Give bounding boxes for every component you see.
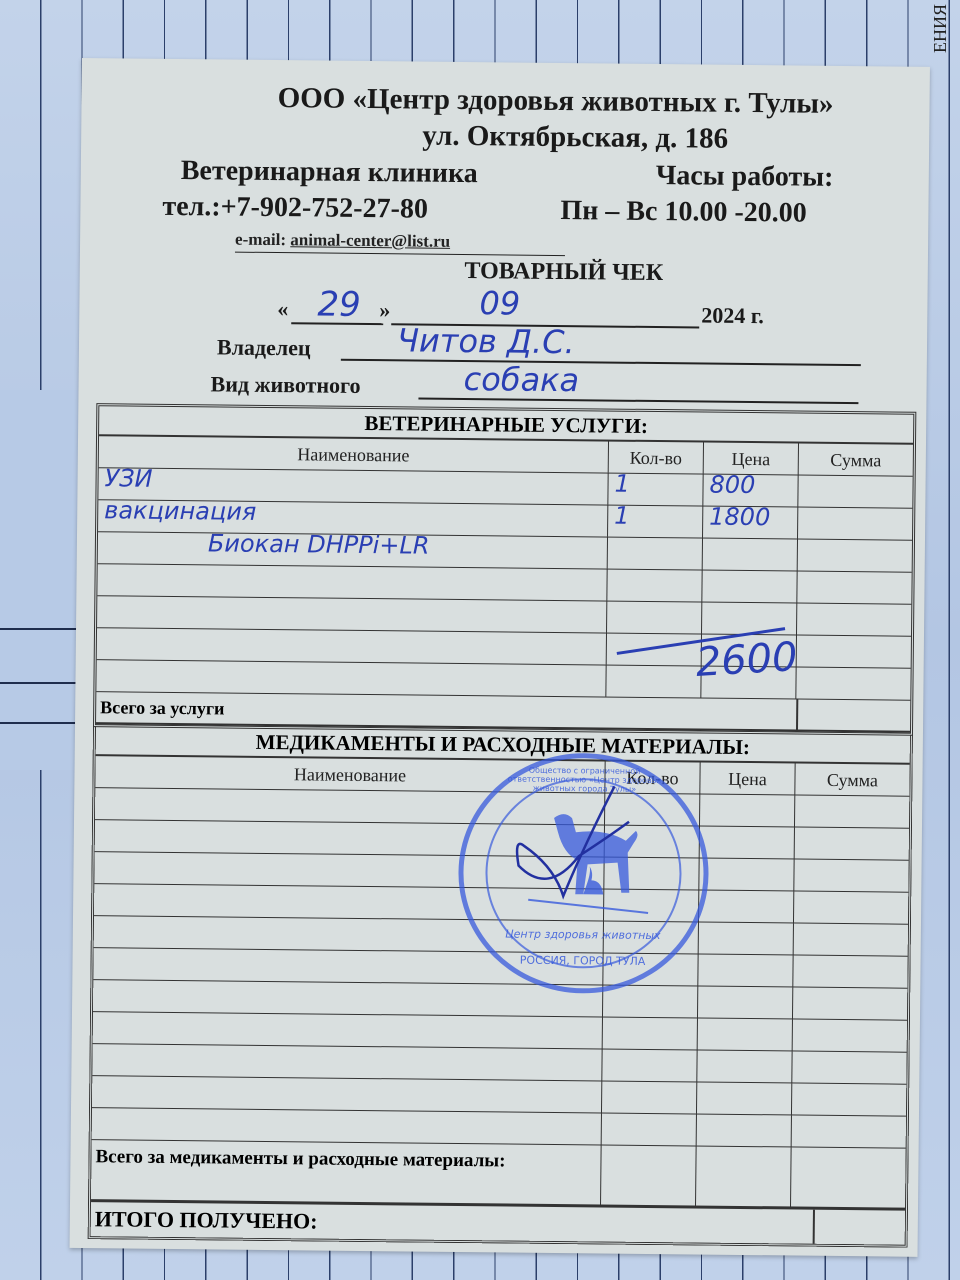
services-cell-price xyxy=(703,539,798,571)
animal-value: собака xyxy=(463,360,579,399)
services-cell-price xyxy=(702,571,797,603)
handwritten-qty: 1 xyxy=(614,502,630,530)
services-total-label: Всего за услуги xyxy=(96,692,798,729)
handwritten-name: Биокан DHPPi+LR xyxy=(208,529,430,559)
grand-total-value xyxy=(815,1210,905,1245)
services-cell-sum xyxy=(796,668,910,700)
medications-cell xyxy=(792,1115,906,1147)
medications-cell xyxy=(699,923,794,955)
services-cell-name xyxy=(97,628,607,664)
medications-cell xyxy=(698,1019,793,1051)
animal-line xyxy=(418,398,858,404)
medications-cell xyxy=(92,1076,602,1112)
quote-open: « xyxy=(277,296,288,322)
animal-label: Вид животного xyxy=(210,371,360,399)
medications-total-row: Всего за медикаменты и расходные материа… xyxy=(91,1140,906,1211)
email-link[interactable]: animal-center@list.ru xyxy=(290,230,450,251)
medications-cell xyxy=(699,891,794,923)
hours-label: Часы работы: xyxy=(656,160,960,201)
clinic-stamp: Общество с ограниченной ответственностью… xyxy=(457,752,709,995)
date-day: 29 xyxy=(317,284,361,324)
medications-cell xyxy=(700,795,795,827)
medications-total-qty xyxy=(601,1146,697,1206)
services-cell-name: Биокан DHPPi+LR xyxy=(98,532,608,568)
stamp-bottom-text: РОССИЯ, ГОРОД ТУЛА xyxy=(463,953,703,969)
medications-cell xyxy=(602,1114,697,1146)
background-side-text: ЕНИЯ xyxy=(930,4,951,53)
medications-cell xyxy=(700,827,795,859)
handwritten-qty: 1 xyxy=(614,470,630,498)
col-price-header: Цена xyxy=(700,763,795,795)
services-cell-qty xyxy=(607,570,702,602)
handwritten-name: вакцинация xyxy=(104,496,256,526)
services-cell-qty xyxy=(608,538,703,570)
date-month: 09 xyxy=(479,284,520,322)
receipt-paper: ООО «Центр здоровья животных г. Тулы» ул… xyxy=(70,58,930,1257)
services-cell-sum xyxy=(797,604,911,636)
medications-cell xyxy=(793,956,907,988)
medications-cell xyxy=(93,980,603,1016)
medications-total-value xyxy=(791,1147,906,1207)
medications-cell xyxy=(792,1083,906,1115)
medications-cell xyxy=(603,986,698,1018)
medications-cell xyxy=(93,1012,603,1048)
medications-cell xyxy=(699,859,794,891)
handwritten-name: УЗИ xyxy=(104,464,152,493)
medications-total-label: Всего за медикаменты и расходные материа… xyxy=(91,1140,602,1204)
grand-total-row: ИТОГО ПОЛУЧЕНО: xyxy=(91,1202,905,1245)
medications-cell xyxy=(602,1082,697,1114)
medications-cell xyxy=(603,1018,698,1050)
medications-cell xyxy=(795,828,909,860)
medications-cell xyxy=(794,892,908,924)
col-name-header: Наименование xyxy=(99,436,609,472)
services-cell-name xyxy=(97,564,607,600)
org-name: ООО «Центр здоровья животных г. Тулы» xyxy=(131,81,960,123)
medications-cell xyxy=(697,1082,792,1114)
services-cell-qty xyxy=(606,666,701,698)
services-cell-qty: 1 xyxy=(608,506,703,538)
medications-cell xyxy=(794,860,908,892)
hours: Пн – Вс 10.00 -20.00 xyxy=(560,195,960,236)
handwritten-price: 1800 xyxy=(709,503,770,532)
medications-cell xyxy=(697,1051,792,1083)
signature-icon xyxy=(503,777,674,919)
services-cell-sum xyxy=(798,508,912,540)
owner-line xyxy=(341,359,861,366)
medications-cell xyxy=(794,924,908,956)
handwritten-price: 800 xyxy=(709,471,755,499)
medications-cell xyxy=(698,987,793,1019)
receipt-title: ТОВАРНЫЙ ЧЕК xyxy=(140,255,960,291)
medications-cell xyxy=(92,1044,602,1080)
services-cell-price: 1800 xyxy=(703,507,798,539)
email-line: e-mail: animal-center@list.ru xyxy=(235,230,450,252)
services-cell-sum xyxy=(797,572,911,604)
services-cell-sum xyxy=(798,540,912,572)
handwritten-total: 2600 xyxy=(694,634,798,686)
col-sum-header: Сумма xyxy=(799,444,913,476)
quote-close: » xyxy=(379,297,390,323)
medications-cell xyxy=(793,987,907,1019)
medications-total-price xyxy=(696,1146,792,1206)
services-cell-name xyxy=(96,660,606,696)
services-cell-sum xyxy=(797,636,911,668)
medications-cell xyxy=(92,1108,602,1144)
services-total-value xyxy=(798,700,910,731)
grand-total-label: ИТОГО ПОЛУЧЕНО: xyxy=(91,1202,815,1244)
medications-cell xyxy=(793,1019,907,1051)
email-label: e-mail: xyxy=(235,230,286,250)
services-cell-sum xyxy=(798,476,912,508)
services-cell-qty xyxy=(607,602,702,634)
col-sum-header: Сумма xyxy=(795,764,909,796)
medications-cell xyxy=(602,1050,697,1082)
address: ул. Октябрьская, д. 186 xyxy=(151,117,960,159)
owner-value: Читов Д.С. xyxy=(397,321,575,361)
stamp-inner-text: Центр здоровья животных xyxy=(463,927,703,943)
services-cell-name xyxy=(97,596,607,632)
medications-cell xyxy=(792,1051,906,1083)
medications-cell xyxy=(697,1114,792,1146)
services-table: ВЕТЕРИНАРНЫЕ УСЛУГИ: Наименование Кол-во… xyxy=(93,403,916,736)
medications-cell xyxy=(698,955,793,987)
medications-cell xyxy=(795,796,909,828)
owner-label: Владелец xyxy=(217,334,311,361)
date-year: 2024 г. xyxy=(701,303,764,330)
services-cell-qty xyxy=(607,634,702,666)
